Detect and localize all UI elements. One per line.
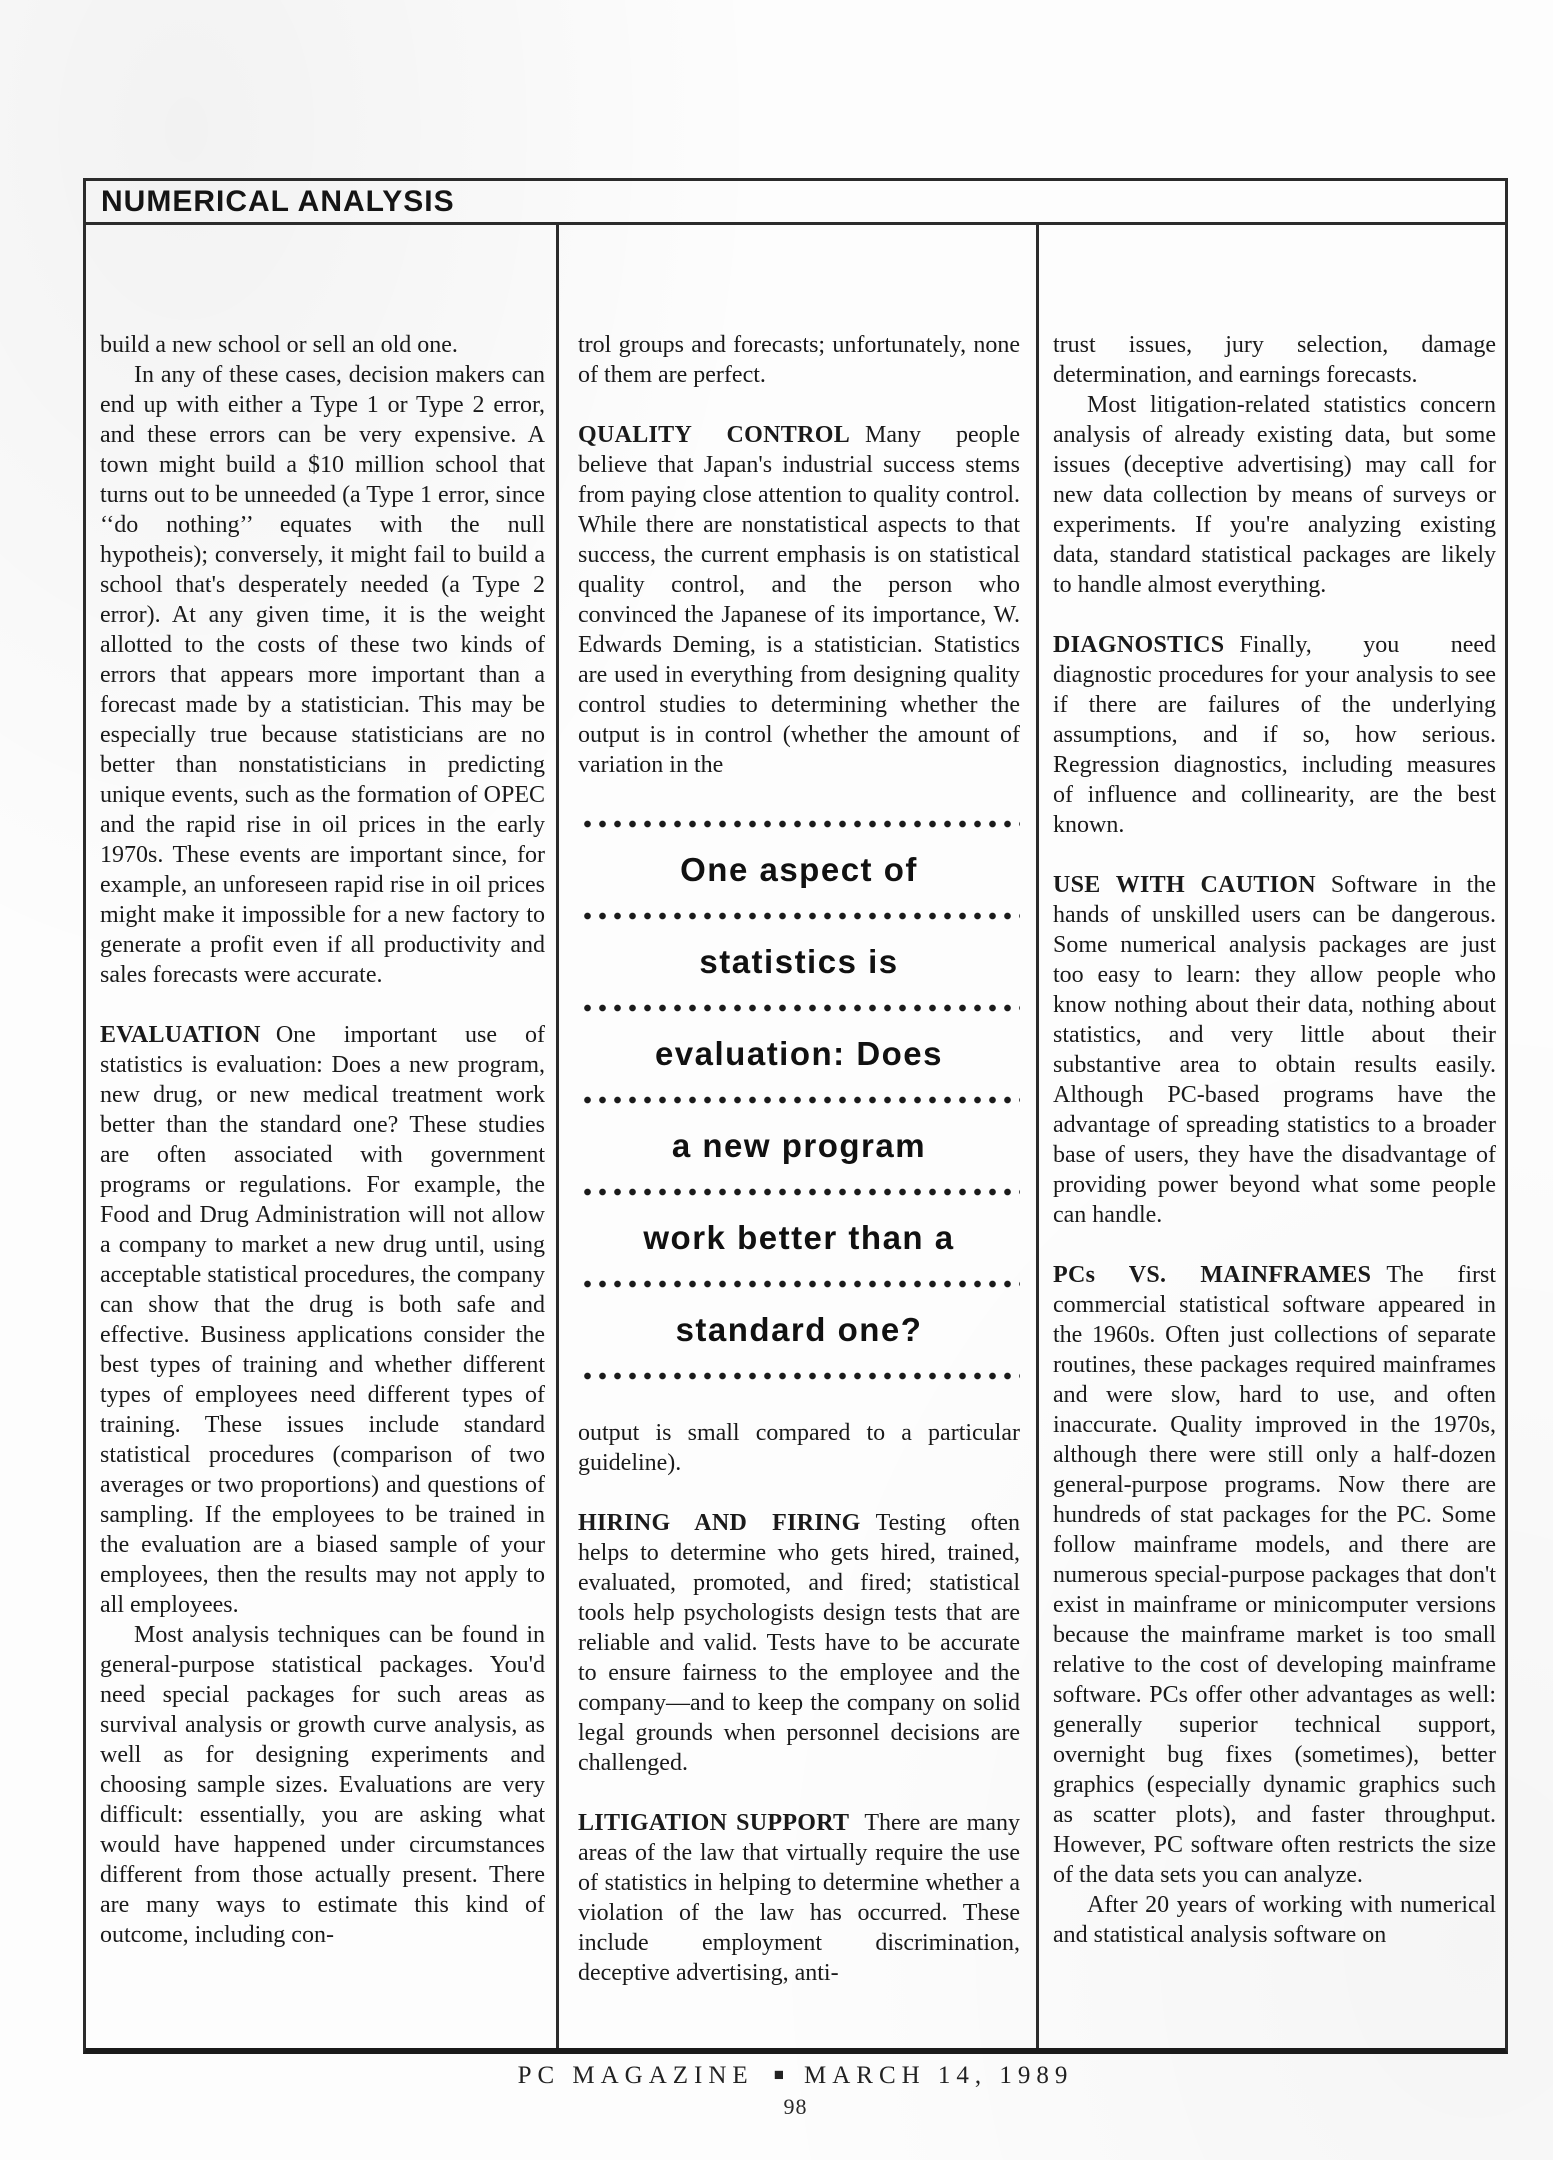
paragraph-text: build a new school or sell an old one. [100,332,458,358]
page-number: 98 [83,2094,1508,2120]
dotted-divider [578,1004,1020,1012]
paragraph-text: Testing often helps to determine who get… [578,1510,1020,1776]
column-rule-left [556,225,559,2048]
column-right: trust issues, jury selection, damage det… [1053,330,1496,2042]
pull-quote-line: a new program [578,1128,1020,1164]
section-masthead: NUMERICAL ANALYSIS [86,181,1505,225]
column-rule-right [1036,225,1039,2048]
pull-quote-line: standard one? [578,1312,1020,1348]
dotted-divider [578,1188,1020,1196]
body-paragraph: build a new school or sell an old one. [100,330,545,360]
dotted-divider [578,1096,1020,1104]
dotted-divider [578,912,1020,920]
paragraph-text: trust issues, jury selection, damage det… [1053,332,1496,388]
footer-issue-date: MARCH 14, 1989 [804,2062,1073,2089]
body-paragraph: After 20 years of working with numerical… [1053,1890,1496,1950]
dotted-divider [578,1372,1020,1380]
section-heading: QUALITY CONTROL [578,422,850,448]
paragraph-text: In any of these cases, decision makers c… [100,362,545,988]
paragraph-text: After 20 years of working with numerical… [1053,1892,1496,1948]
paragraph-text: The first commercial statistical softwar… [1053,1262,1496,1888]
body-paragraph: DIAGNOSTICSFinally, you need diagnostic … [1053,630,1496,840]
pull-quote-line: evaluation: Does [578,1036,1020,1072]
paragraph-text: One important use of statistics is evalu… [100,1022,545,1618]
footer-running-title: PC MAGAZINE■MARCH 14, 1989 [83,2062,1508,2090]
body-paragraph: QUALITY CONTROLMany people believe that … [578,420,1020,780]
body-paragraph: USE WITH CAUTIONSoftware in the hands of… [1053,870,1496,1230]
paragraph-text: output is small compared to a particular… [578,1420,1020,1476]
column-left: build a new school or sell an old one. I… [100,330,545,2042]
paragraph-text: Software in the hands of unskilled users… [1053,872,1496,1228]
section-heading: LITIGATION SUPPORT [578,1810,849,1836]
body-paragraph: In any of these cases, decision makers c… [100,360,545,990]
magazine-page-scan: NUMERICAL ANALYSIS build a new school or… [0,0,1553,2160]
body-paragraph: trust issues, jury selection, damage det… [1053,330,1496,390]
section-heading: USE WITH CAUTION [1053,872,1316,898]
footer-magazine-name: PC MAGAZINE [518,2062,754,2089]
dotted-divider [578,820,1020,828]
body-paragraph: trol groups and forecasts; unfortunately… [578,330,1020,390]
paragraph-text: There are many areas of the law that vir… [578,1810,1020,1986]
pull-quote: One aspect of statistics is evaluation: … [578,820,1020,1380]
pull-quote-line: One aspect of [578,852,1020,888]
paragraph-text: trol groups and forecasts; unfortunately… [578,332,1020,388]
body-paragraph: LITIGATION SUPPORTThere are many areas o… [578,1808,1020,1988]
body-paragraph: HIRING AND FIRINGTesting often helps to … [578,1508,1020,1778]
section-heading: EVALUATION [100,1022,261,1048]
paragraph-text: Most litigation-related statistics conce… [1053,392,1496,598]
body-paragraph: EVALUATIONOne important use of statistic… [100,1020,545,1620]
paragraph-text: Most analysis techniques can be found in… [100,1622,545,1948]
section-header-title: NUMERICAL ANALYSIS [101,185,455,219]
section-heading: PCs VS. MAINFRAMES [1053,1262,1371,1288]
column-middle: trol groups and forecasts; unfortunately… [578,330,1020,2042]
body-paragraph: output is small compared to a particular… [578,1418,1020,1478]
pull-quote-line: statistics is [578,944,1020,980]
paragraph-text: Many people believe that Japan's industr… [578,422,1020,778]
section-heading: DIAGNOSTICS [1053,632,1224,658]
body-paragraph: PCs VS. MAINFRAMESThe first commercial s… [1053,1260,1496,1890]
paragraph-text: Finally, you need diagnostic procedures … [1053,632,1496,838]
dotted-divider [578,1280,1020,1288]
body-paragraph: Most litigation-related statistics conce… [1053,390,1496,600]
section-heading: HIRING AND FIRING [578,1510,861,1536]
pull-quote-line: work better than a [578,1220,1020,1256]
footer-square-bullet-icon: ■ [774,2065,784,2084]
body-paragraph: Most analysis techniques can be found in… [100,1620,545,1950]
